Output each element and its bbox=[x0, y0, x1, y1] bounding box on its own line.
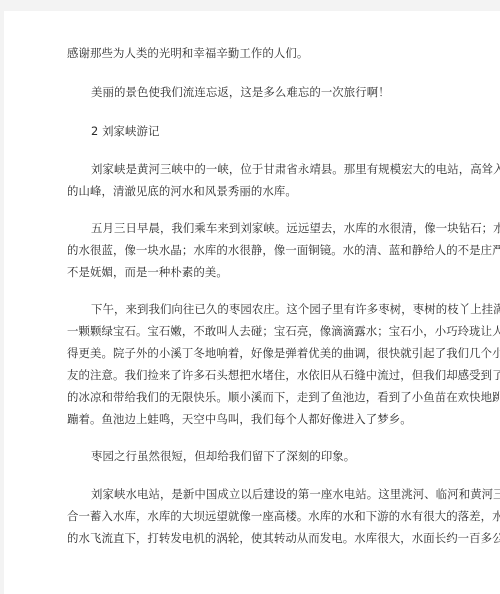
text-line: 友的注意。我们捡来了许多石头想把水堵住，水依旧从石缝中流过，但我们却感受到了水 bbox=[67, 368, 500, 382]
text-line: 的水飞流直下，打转发电机的涡轮，使其转动从而发电。水库很大，水面长约一百多公里， bbox=[67, 531, 500, 545]
text-line: 的水很蓝，像一块水晶；水库的水很静，像一面铜镜。水的清、蓝和静给人的不是庄严， bbox=[67, 243, 500, 257]
text-line: 枣园之行虽然很短，但却给我们留下了深刻的印象。 bbox=[91, 449, 355, 463]
text-line: 美丽的景色使我们流连忘返，这是多么难忘的一次旅行啊！ bbox=[91, 85, 390, 99]
text-line: 下午，来到我们向往已久的枣园农庄。这个园子里有许多枣树，枣树的枝丫上挂满了 bbox=[91, 302, 500, 316]
text-line: 的山峰，清澈见底的河水和风景秀丽的水库。 bbox=[67, 184, 297, 198]
text-line: 感谢那些为人类的光明和幸福辛勤工作的人们。 bbox=[67, 46, 308, 60]
text-line: 一颗颗绿宝石。宝石嫩，不敢叫人去碰；宝石亮，像滴滴露水；宝石小，小巧玲珑让人觉 bbox=[67, 324, 500, 338]
document-page: 感谢那些为人类的光明和幸福辛勤工作的人们。 美丽的景色使我们流连忘返，这是多么难… bbox=[4, 11, 500, 594]
text-line: 蹦着。鱼池边上蛙鸣，天空中鸟叫，我们每个人都好像进入了梦乡。 bbox=[67, 412, 412, 426]
text-line: 的冰凉和带给我们的无限快乐。顺小溪而下，走到了鱼池边，看到了小鱼苗在欢快地跳着、 bbox=[67, 390, 500, 404]
text-line: 得更美。院子外的小溪丁冬地响着，好像是弹着优美的曲调，很快就引起了我们几个小朋 bbox=[67, 346, 500, 360]
text-line: 刘家峡是黄河三峡中的一峡，位于甘肃省永靖县。那里有规模宏大的电站，高耸入云 bbox=[91, 162, 500, 176]
section-heading: 2 刘家峡游记 bbox=[91, 124, 160, 138]
text-line: 不是妩媚，而是一种朴素的美。 bbox=[67, 265, 228, 279]
text-line: 五月三日早晨，我们乘车来到刘家峡。远远望去，水库的水很清，像一块钻石；水库 bbox=[91, 221, 500, 235]
text-line: 刘家峡水电站，是新中国成立以后建设的第一座水电站。这里洮河、临河和黄河三水 bbox=[91, 487, 500, 501]
text-line: 合一蓄入水库，水库的大坝远望就像一座高楼。水库的水和下游的水有很大的落差，水库 bbox=[67, 509, 500, 523]
